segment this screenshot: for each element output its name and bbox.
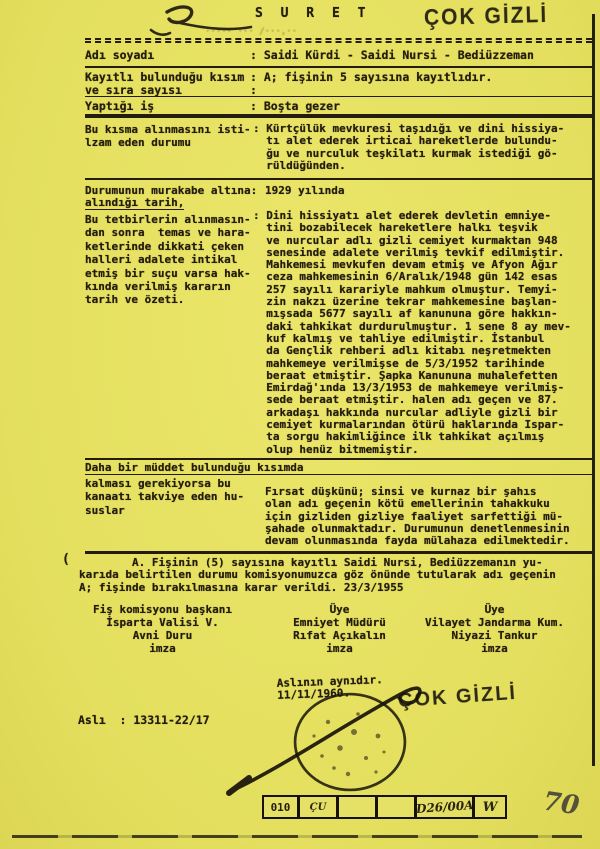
field-label-name: Adı soyadı bbox=[85, 49, 154, 61]
field-label-registry-section: Kayıtlı bulunduğu kısım bbox=[85, 71, 244, 83]
field-label-surveillance-date-2: alındığı tarih, bbox=[85, 197, 184, 210]
separator-line bbox=[85, 96, 592, 97]
field-label-retention-heading: Daha bir müddet bulunduğu kısımda bbox=[85, 462, 304, 474]
original-reference: Aslı : 13311-22/17 bbox=[78, 714, 210, 726]
field-value-retention: Fırsat düşkünü; sinsi ve kurnaz bir şahı… bbox=[265, 486, 570, 547]
signature-member-gendarme: Üye Vilayet Jandarma Kum. Niyazi Tankur … bbox=[412, 604, 577, 656]
separator-line-thick bbox=[85, 551, 592, 554]
separator-line bbox=[85, 178, 592, 180]
field-label-registry-number: ve sıra sayısı bbox=[85, 84, 182, 96]
routing-box-row: 010 ÇU D26/00A W bbox=[262, 795, 507, 819]
separator-line bbox=[85, 66, 592, 68]
field-label-reason: Bu kısma alınmasını isti- lzam eden duru… bbox=[85, 123, 251, 150]
field-value-registry: : A; fişinin 5 sayısına kayıtlıdır. bbox=[250, 71, 492, 83]
scan-edge-right bbox=[592, 14, 595, 766]
signature-member-police: Üye Emniyet Müdürü Rıfat Açıkalın imza bbox=[272, 604, 407, 656]
top-secret-stamp: ÇOK GİZLİ bbox=[424, 2, 549, 31]
copy-title: S U R E T bbox=[255, 8, 370, 20]
field-value-occupation: : Boşta gezer bbox=[250, 100, 340, 112]
separator-double-dashed bbox=[85, 38, 592, 43]
field-value-reason: : Kürtçülük mevkuresi taşıdığı ve dini h… bbox=[253, 123, 564, 172]
field-value-name: : Saidi Kürdi - Saidi Nursi - Bediüzzema… bbox=[250, 49, 534, 61]
field-label-retention-rest: kalması gerekiyorsa bu kanaatı takviye e… bbox=[85, 477, 244, 517]
routing-cell-mark: W bbox=[483, 800, 498, 815]
page-number-handwritten: 70 bbox=[541, 787, 581, 822]
routing-cell-handwritten-ref: D26/00A bbox=[415, 798, 473, 816]
document-page: S U R E T ÇOK GİZLİ ····· ··· /···,·· Ad… bbox=[0, 0, 600, 849]
separator-line bbox=[85, 458, 592, 460]
field-value-surveillance-date: 1929 yılında bbox=[265, 185, 344, 197]
routing-cell-initials: ÇU bbox=[310, 802, 327, 813]
field-label-court-record: Bu tetbirlerin alınmasın- dan sonra tema… bbox=[85, 213, 251, 307]
underline-full bbox=[85, 474, 592, 475]
routing-cell-code: 010 bbox=[271, 801, 291, 814]
decision-paragraph: A. Fişinin (5) sayısına kayıtlı Saidi Nu… bbox=[79, 557, 556, 594]
field-label-occupation: Yaptığı iş bbox=[85, 100, 154, 112]
scan-edge-bottom bbox=[12, 835, 582, 838]
field-value-registry-colon: : bbox=[250, 84, 257, 96]
separator-line-thick bbox=[85, 114, 592, 118]
field-value-court-record: : Dini hissiyatı alet ederek devletin em… bbox=[253, 210, 571, 456]
pen-signature-stroke bbox=[215, 665, 445, 800]
faint-illegible-text: ····· ··· /···,·· bbox=[205, 26, 297, 38]
signature-chairman: Fiş komisyonu başkanı İsparta Valisi V. … bbox=[70, 604, 255, 656]
decision-margin-paren: ( bbox=[62, 554, 70, 566]
